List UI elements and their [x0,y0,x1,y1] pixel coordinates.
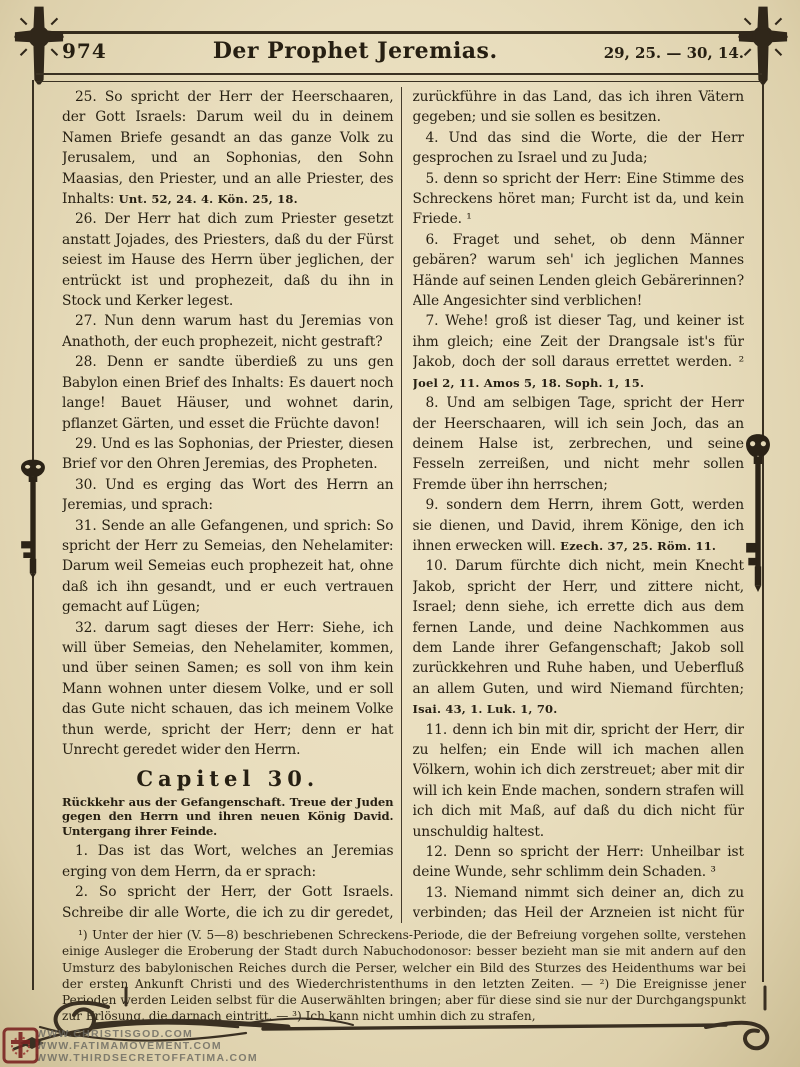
verse-paragraph: 29. Und es las Sophonias, der Priester, … [62,434,394,475]
verse-number: 11. [426,722,448,738]
page-number: 974 [62,39,107,63]
verse-text: Denn er sandte überdieß zu uns gen Babyl… [62,354,394,431]
verse-paragraph: 11. denn ich bin mit dir, spricht der He… [413,720,745,842]
cross-reference: Unt. 52, 24. 4. Kön. 25, 18. [119,192,298,206]
watermark-urls: WWW.CHRISTISGOD.COM WWW.FATIMAMOVEMENT.C… [36,1029,258,1065]
verse-paragraph: 5. denn so spricht der Herr: Eine Stimme… [413,169,745,230]
verse-paragraph: 26. Der Herr hat dich zum Priester geset… [62,209,394,311]
verse-number: 9. [426,497,439,513]
verse-list: 1. Das ist das Wort, welches an Jeremias… [62,841,394,925]
verse-number: 27. [75,313,97,329]
verse-number: 29. [75,436,97,452]
verse-number: 30. [75,477,97,493]
verse-paragraph: 1. Das ist das Wort, welches an Jeremias… [62,841,394,882]
verse-number: 28. [75,354,97,370]
page-title: Der Prophet Jeremias. [107,38,604,64]
key-ornament-icon [744,432,772,592]
verse-number: 7. [426,313,439,329]
verse-number: 10. [426,558,448,574]
verse-text: Und es las Sophonias, der Priester, dies… [62,436,393,472]
verse-text: Wehe! groß ist dieser Tag, und keiner is… [413,313,745,370]
verse-paragraph: 9. sondern dem Herrn, ihrem Gott, werden… [413,495,745,556]
verse-number: 8. [426,395,439,411]
verse-text: Und das sind die Worte, die der Herr ges… [413,130,745,166]
key-ornament-icon [19,458,47,578]
column-divider [401,87,402,923]
verse-number: 5. [426,171,439,187]
verse-paragraph: 2. So spricht der Herr, der Gott Israels… [62,882,394,925]
verse-range: 29, 25. — 30, 14. [604,44,744,62]
watermark-url: WWW.THIRDSECRETOFFATIMA.COM [36,1053,258,1065]
verse-text: Das ist das Wort, welches an Jeremias er… [62,843,394,879]
verse-number: 31. [75,518,97,534]
verse-paragraph: 4. Und das sind die Worte, die der Herr … [413,128,745,169]
verse-list: zurückführe in das Land, das ich ihren V… [413,87,745,925]
cross-reference: Isai. 43, 1. Luk. 1, 70. [413,702,558,716]
verse-paragraph: 6. Fraget und sehet, ob denn Männer gebä… [413,230,745,312]
verse-paragraph: 12. Denn so spricht der Herr: Unheilbar … [413,842,745,883]
verse-text: Der Herr hat dich zum Priester gesetzt a… [62,211,394,309]
left-column: 25. So spricht der Herr der Heerschaaren… [62,87,394,925]
verse-text: So spricht der Herr, der Gott Israels. S… [62,884,394,925]
verse-text: denn so spricht der Herr: Eine Stimme de… [413,171,745,228]
verse-text: Und es erging das Wort des Herrn an Jere… [62,477,394,513]
cross-reference: Ezech. 37, 25. Röm. 11. [560,539,716,553]
verse-text: darum sagt dieses der Herr: Siehe, ich w… [62,620,394,758]
verse-number: 1. [75,843,88,859]
top-border-rule [30,31,770,34]
verse-text: Und am selbigen Tage, spricht der Herr d… [413,395,745,493]
verse-number: 32. [75,620,97,636]
verse-list: 25. So spricht der Herr der Heerschaaren… [62,87,394,760]
verse-number: 6. [426,232,439,248]
verse-paragraph: 31. Sende an alle Gefangenen, und sprich… [62,516,394,618]
verse-paragraph: 13. Niemand nimmt sich deiner an, dich z… [413,883,745,925]
watermark-logo-icon [2,1027,39,1064]
watermark-url: WWW.FATIMAMOVEMENT.COM [36,1041,258,1053]
verse-paragraph: zurückführe in das Land, das ich ihren V… [413,87,745,128]
verse-text: Darum fürchte dich nicht, mein Knecht Ja… [413,558,745,696]
right-column: zurückführe in das Land, das ich ihren V… [413,87,745,925]
verse-paragraph: 30. Und es erging das Wort des Herrn an … [62,475,394,516]
verse-paragraph: 25. So spricht der Herr der Heerschaaren… [62,87,394,209]
verse-paragraph: 7. Wehe! groß ist dieser Tag, und keiner… [413,311,745,393]
header-double-rule [36,73,762,82]
cross-reference: Joel 2, 11. Amos 5, 18. Soph. 1, 15. [413,376,645,390]
verse-text: So spricht der Herr der Heerschaaren, de… [62,89,394,207]
verse-paragraph: 28. Denn er sandte überdieß zu uns gen B… [62,352,394,434]
verse-number: 12. [426,844,448,860]
verse-paragraph: 8. Und am selbigen Tage, spricht der Her… [413,393,745,495]
page-header: 974 Der Prophet Jeremias. 29, 25. — 30, … [62,38,744,64]
verse-paragraph: 10. Darum fürchte dich nicht, mein Knech… [413,556,745,719]
verse-text: zurückführe in das Land, das ich ihren V… [413,89,745,125]
verse-number: 13. [426,885,448,901]
verse-text: denn ich bin mit dir, spricht der Herr, … [413,722,745,840]
verse-number: 4. [426,130,439,146]
verse-text: Niemand nimmt sich deiner an, dich zu ve… [413,885,745,925]
chapter-heading: Capitel 30. [62,769,394,789]
verse-text: Denn so spricht der Herr: Unheilbar ist … [413,844,744,880]
verse-paragraph: 32. darum sagt dieses der Herr: Siehe, i… [62,618,394,761]
verse-text: Fraget und sehet, ob denn Männer gebären… [413,232,745,309]
verse-text: Sende an alle Gefangenen, und sprich: So… [62,518,394,616]
verse-text: Nun denn warum hast du Jeremias von Anat… [62,313,393,349]
watermark-url: WWW.CHRISTISGOD.COM [36,1029,258,1041]
chapter-summary: Rückkehr aus der Gefangenschaft. Treue d… [62,795,394,839]
verse-number: 26. [75,211,97,227]
text-columns: 25. So spricht der Herr der Heerschaaren… [62,87,744,925]
verse-number: 2. [75,884,88,900]
verse-paragraph: 27. Nun denn warum hast du Jeremias von … [62,311,394,352]
verse-number: 25. [75,89,97,105]
scanned-page: 974 Der Prophet Jeremias. 29, 25. — 30, … [0,0,800,1067]
